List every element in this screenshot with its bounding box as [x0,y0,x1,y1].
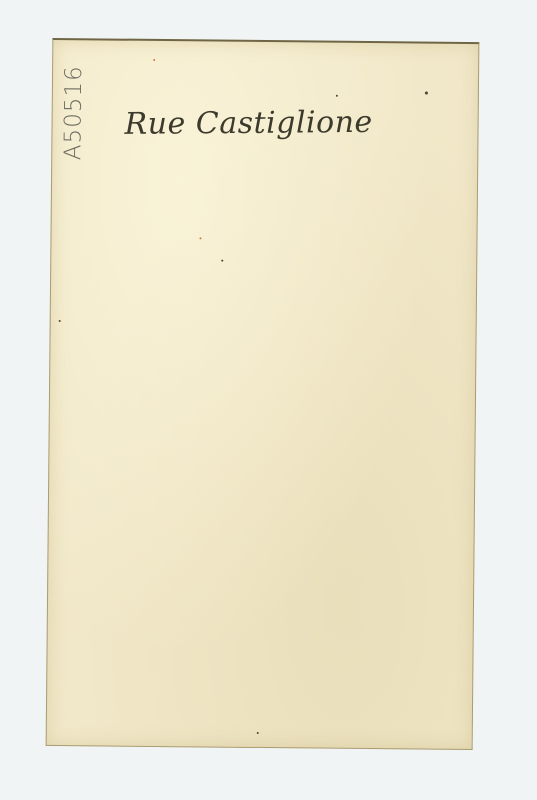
stain-speck [153,59,155,61]
scan-background: Rue Castiglione A50516 [0,0,537,800]
catalog-number: A50516 [60,65,87,160]
ink-speck [59,320,61,322]
ink-speck [257,732,259,734]
ink-speck [336,95,338,97]
ink-speck [221,126,223,128]
card-verso: Rue Castiglione A50516 [46,38,480,750]
handwritten-title: Rue Castiglione [124,105,372,142]
ink-speck [221,260,223,262]
stain-speck [199,237,201,239]
ink-speck [425,92,428,95]
